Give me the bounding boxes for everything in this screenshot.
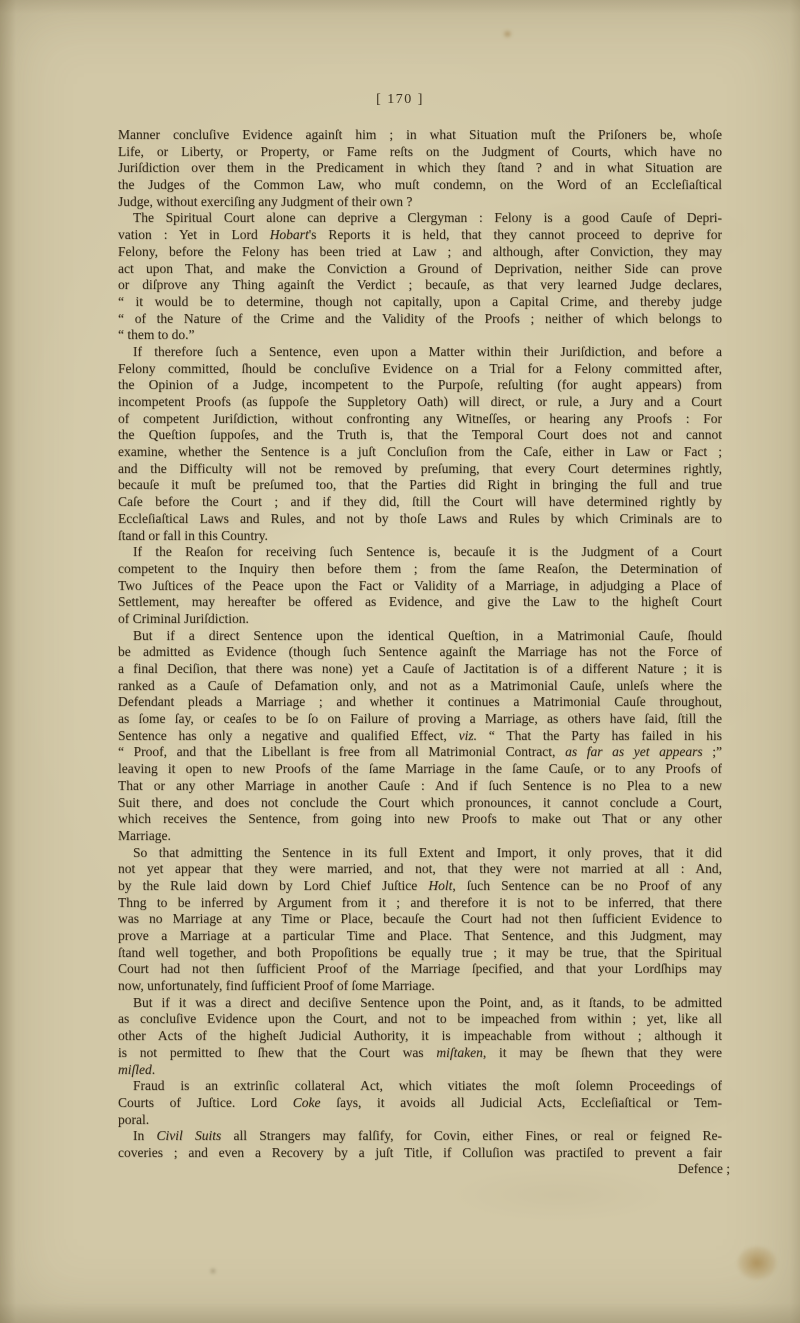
roman-text: ranked as a Cauſe of Defamation only, an… xyxy=(118,678,722,693)
roman-text: examine, whether the Sentence is a juſt … xyxy=(118,444,722,459)
text-line: vation : Yet in Lord Hobart's Reports it… xyxy=(118,227,722,244)
roman-text: all Strangers may falſify, for Covin, ei… xyxy=(221,1128,722,1143)
roman-text: ;” xyxy=(703,744,722,759)
text-line: a final Deciſion, that there was none) y… xyxy=(118,661,722,678)
roman-text: the Judges of the Common Law, who muſt c… xyxy=(118,177,722,192)
roman-text: “ That the Party has failed in his xyxy=(477,728,722,743)
text-line: be admitted as Evidence (though ſuch Sen… xyxy=(118,644,722,661)
roman-text: ſtand well together, and both Propoſitio… xyxy=(118,945,722,960)
text-line: not yet appear that they were married, a… xyxy=(118,861,722,878)
italic-text: Hobart xyxy=(270,227,309,242)
roman-text: Life, or Liberty, or Property, or Fame r… xyxy=(118,144,722,159)
roman-text: Suit there, and does not conclude the Co… xyxy=(118,795,722,810)
text-line: poral. xyxy=(118,1112,722,1129)
text-line: the Queſtion ſuppoſes, and the Truth is,… xyxy=(118,427,722,444)
text-line: The Spiritual Court alone can deprive a … xyxy=(118,210,722,227)
text-line: as ſome ſay, or ceaſes to be ſo on Failu… xyxy=(118,711,722,728)
roman-text: Manner concluſive Evidence againſt him ;… xyxy=(118,127,722,142)
roman-text: leaving it open to new Proofs of the ſam… xyxy=(118,761,722,776)
paragraph: In Civil Suits all Strangers may falſify… xyxy=(118,1128,722,1161)
paragraph: So that admitting the Sentence in its fu… xyxy=(118,845,722,995)
page-number: [ 170 ] xyxy=(0,92,800,108)
paragraph: But if it was a direct and deciſive Sent… xyxy=(118,995,722,1078)
text-line: act upon That, and make the Conviction a… xyxy=(118,261,722,278)
text-line: is not permitted to ſhew that the Court … xyxy=(118,1045,722,1062)
roman-text: Defendant pleads a Marriage ; and whethe… xyxy=(118,694,722,709)
roman-text: Felony, before the Felony has been tried… xyxy=(118,244,722,259)
roman-text: be admitted as Evidence (though ſuch Sen… xyxy=(118,644,722,659)
roman-text: “ of the Nature of the Crime and the Val… xyxy=(118,311,722,326)
roman-text: other Acts of the higheſt Judicial Autho… xyxy=(118,1028,722,1043)
roman-text: So that admitting the Sentence in its fu… xyxy=(133,845,722,860)
text-line: “ it would be to determine, though not c… xyxy=(118,294,722,311)
text-line: incompetent Proofs (as ſuppoſe the Suppl… xyxy=(118,394,722,411)
italic-text: miſled xyxy=(118,1062,152,1077)
text-line: other Acts of the higheſt Judicial Autho… xyxy=(118,1028,722,1045)
text-line: Defendant pleads a Marriage ; and whethe… xyxy=(118,694,722,711)
text-line: ranked as a Cauſe of Defamation only, an… xyxy=(118,678,722,695)
text-line: prove a Marriage at a particular Time an… xyxy=(118,928,722,945)
text-line: Thng to be inferred by Argument from it … xyxy=(118,895,722,912)
text-line: becauſe it muſt be preſumed too, that th… xyxy=(118,477,722,494)
roman-text: of Criminal Juriſdiction. xyxy=(118,611,249,626)
text-line: Courts of Juſtice. Lord Coke ſays, it av… xyxy=(118,1095,722,1112)
roman-text: Fraud is an extrinſic collateral Act, wh… xyxy=(133,1078,722,1093)
roman-text: becauſe it muſt be preſumed too, that th… xyxy=(118,477,722,492)
text-line: If therefore ſuch a Sentence, even upon … xyxy=(118,344,722,361)
text-line: Settlement, may hereafter be offered as … xyxy=(118,594,722,611)
text-line: Felony committed, ſhould be concluſive E… xyxy=(118,361,722,378)
text-line: the Opinion of a Judge, incompetent to t… xyxy=(118,377,722,394)
roman-text: poral. xyxy=(118,1112,149,1127)
text-line: competent to the Inquiry then before the… xyxy=(118,561,722,578)
roman-text: the Opinion of a Judge, incompetent to t… xyxy=(118,377,722,392)
text-line: coveries ; and even a Recovery by a juſt… xyxy=(118,1145,722,1162)
text-line: of Criminal Juriſdiction. xyxy=(118,611,722,628)
text-line: Judge, without exerciſing any Judgment o… xyxy=(118,194,722,211)
paragraph: But if a direct Sentence upon the identi… xyxy=(118,628,722,845)
roman-text: Marriage. xyxy=(118,828,171,843)
text-line: Juriſdiction over them in the Predicamen… xyxy=(118,160,722,177)
italic-text: Holt xyxy=(428,878,452,893)
roman-text: If the Reaſon for receiving ſuch Sentenc… xyxy=(133,544,722,559)
paragraph: Fraud is an extrinſic collateral Act, wh… xyxy=(118,1078,722,1128)
roman-text: a final Deciſion, that there was none) y… xyxy=(118,661,722,676)
text-line: the Judges of the Common Law, who muſt c… xyxy=(118,177,722,194)
roman-text: Court had not then ſufficient Proof of t… xyxy=(118,961,722,976)
roman-text: was no Marriage at any Time or Place, be… xyxy=(118,911,722,926)
paper-stain xyxy=(503,30,512,38)
text-line: In Civil Suits all Strangers may falſify… xyxy=(118,1128,722,1145)
roman-text: Judge, without exerciſing any Judgment o… xyxy=(118,194,412,209)
text-line: Sentence has only a negative and qualifi… xyxy=(118,728,722,745)
roman-text: Sentence has only a negative and qualifi… xyxy=(118,728,459,743)
roman-text: Two Juſtices of the Peace upon the Fact … xyxy=(118,578,722,593)
roman-text: That or any other Marriage in another Ca… xyxy=(118,778,722,793)
roman-text: the Queſtion ſuppoſes, and the Truth is,… xyxy=(118,427,722,442)
text-line: by the Rule laid down by Lord Chief Juſt… xyxy=(118,878,722,895)
text-line: which receives the Sentence, from going … xyxy=(118,811,722,828)
text-line: So that admitting the Sentence in its fu… xyxy=(118,845,722,862)
text-line: ſtand or fall in this Country. xyxy=(118,528,722,545)
roman-text: 's Reports it is held, that they cannot … xyxy=(309,227,722,242)
roman-text: is not permitted to ſhew that the Court … xyxy=(118,1045,436,1060)
catchword-defence: Defence ; xyxy=(118,1161,730,1178)
text-line: “ them to do.” xyxy=(118,327,722,344)
roman-text: , it may be ſhewn that they were xyxy=(483,1045,722,1060)
italic-text: Civil Suits xyxy=(157,1128,222,1143)
text-line: Two Juſtices of the Peace upon the Fact … xyxy=(118,578,722,595)
italic-text: miſtaken xyxy=(436,1045,483,1060)
italic-text: viz. xyxy=(459,728,477,743)
text-line: That or any other Marriage in another Ca… xyxy=(118,778,722,795)
text-line: Caſe before the Court ; and if they did,… xyxy=(118,494,722,511)
roman-text: incompetent Proofs (as ſuppoſe the Suppl… xyxy=(118,394,722,409)
roman-text: The Spiritual Court alone can deprive a … xyxy=(133,210,722,225)
paper-stain xyxy=(210,1268,216,1274)
text-line: But if a direct Sentence upon the identi… xyxy=(118,628,722,645)
roman-text: and the Difficulty will not be removed b… xyxy=(118,461,722,476)
book-page-scan: [ 170 ] Manner concluſive Evidence again… xyxy=(0,0,800,1323)
text-line: as concluſive Evidence upon the Court, a… xyxy=(118,1011,722,1028)
roman-text: Eccleſiaſtical Laws and Rules, and not b… xyxy=(118,511,722,526)
roman-text: not yet appear that they were married, a… xyxy=(118,861,722,876)
text-block: Manner concluſive Evidence againſt him ;… xyxy=(118,127,722,1162)
paper-stain xyxy=(737,1246,777,1280)
text-line: Life, or Liberty, or Property, or Fame r… xyxy=(118,144,722,161)
paragraph: The Spiritual Court alone can deprive a … xyxy=(118,210,722,344)
roman-text: ſays, it avoids all Judicial Acts, Eccle… xyxy=(321,1095,722,1110)
roman-text: by the Rule laid down by Lord Chief Juſt… xyxy=(118,878,428,893)
roman-text: Thng to be inferred by Argument from it … xyxy=(118,895,722,910)
text-line: miſled. xyxy=(118,1062,722,1079)
roman-text: . xyxy=(152,1062,155,1077)
text-line: and the Difficulty will not be removed b… xyxy=(118,461,722,478)
roman-text: But if it was a direct and deciſive Sent… xyxy=(133,995,722,1010)
roman-text: now, unfortunately, find ſufficient Proo… xyxy=(118,978,435,993)
roman-text: If therefore ſuch a Sentence, even upon … xyxy=(133,344,722,359)
text-line: Suit there, and does not conclude the Co… xyxy=(118,795,722,812)
roman-text: In xyxy=(133,1128,157,1143)
roman-text: But if a direct Sentence upon the identi… xyxy=(133,628,722,643)
text-line: But if it was a direct and deciſive Sent… xyxy=(118,995,722,1012)
roman-text: “ it would be to determine, though not c… xyxy=(118,294,722,309)
paragraph: If the Reaſon for receiving ſuch Sentenc… xyxy=(118,544,722,627)
text-line: examine, whether the Sentence is a juſt … xyxy=(118,444,722,461)
text-line: Marriage. xyxy=(118,828,722,845)
roman-text: or diſprove any Thing againſt the Verdic… xyxy=(118,277,722,292)
roman-text: , ſuch Sentence can be no Proof of any xyxy=(452,878,722,893)
roman-text: Caſe before the Court ; and if they did,… xyxy=(118,494,722,509)
italic-text: as far as yet appears xyxy=(565,744,703,759)
text-line: or diſprove any Thing againſt the Verdic… xyxy=(118,277,722,294)
roman-text: Settlement, may hereafter be offered as … xyxy=(118,594,722,609)
roman-text: as concluſive Evidence upon the Court, a… xyxy=(118,1011,722,1026)
roman-text: “ Proof, and that the Libellant is free … xyxy=(118,744,565,759)
roman-text: Juriſdiction over them in the Predicamen… xyxy=(118,160,722,175)
text-line: leaving it open to new Proofs of the ſam… xyxy=(118,761,722,778)
text-line: “ of the Nature of the Crime and the Val… xyxy=(118,311,722,328)
paragraph: If therefore ſuch a Sentence, even upon … xyxy=(118,344,722,544)
text-line: was no Marriage at any Time or Place, be… xyxy=(118,911,722,928)
roman-text: Felony committed, ſhould be concluſive E… xyxy=(118,361,722,376)
roman-text: Courts of Juſtice. Lord xyxy=(118,1095,293,1110)
text-line: Eccleſiaſtical Laws and Rules, and not b… xyxy=(118,511,722,528)
roman-text: vation : Yet in Lord xyxy=(118,227,270,242)
paragraph: Manner concluſive Evidence againſt him ;… xyxy=(118,127,722,210)
roman-text: “ them to do.” xyxy=(118,327,194,342)
text-line: “ Proof, and that the Libellant is free … xyxy=(118,744,722,761)
roman-text: coveries ; and even a Recovery by a juſt… xyxy=(118,1145,722,1160)
roman-text: prove a Marriage at a particular Time an… xyxy=(118,928,722,943)
text-line: If the Reaſon for receiving ſuch Sentenc… xyxy=(118,544,722,561)
text-line: now, unfortunately, find ſufficient Proo… xyxy=(118,978,722,995)
roman-text: of competent Juriſdiction, without confr… xyxy=(118,411,722,426)
text-line: Court had not then ſufficient Proof of t… xyxy=(118,961,722,978)
italic-text: Coke xyxy=(293,1095,321,1110)
roman-text: which receives the Sentence, from going … xyxy=(118,811,722,826)
roman-text: ſtand or fall in this Country. xyxy=(118,528,268,543)
text-line: Manner concluſive Evidence againſt him ;… xyxy=(118,127,722,144)
roman-text: competent to the Inquiry then before the… xyxy=(118,561,722,576)
text-line: Felony, before the Felony has been tried… xyxy=(118,244,722,261)
text-line: ſtand well together, and both Propoſitio… xyxy=(118,945,722,962)
text-line: of competent Juriſdiction, without confr… xyxy=(118,411,722,428)
roman-text: as ſome ſay, or ceaſes to be ſo on Failu… xyxy=(118,711,722,726)
text-line: Fraud is an extrinſic collateral Act, wh… xyxy=(118,1078,722,1095)
roman-text: act upon That, and make the Conviction a… xyxy=(118,261,722,276)
